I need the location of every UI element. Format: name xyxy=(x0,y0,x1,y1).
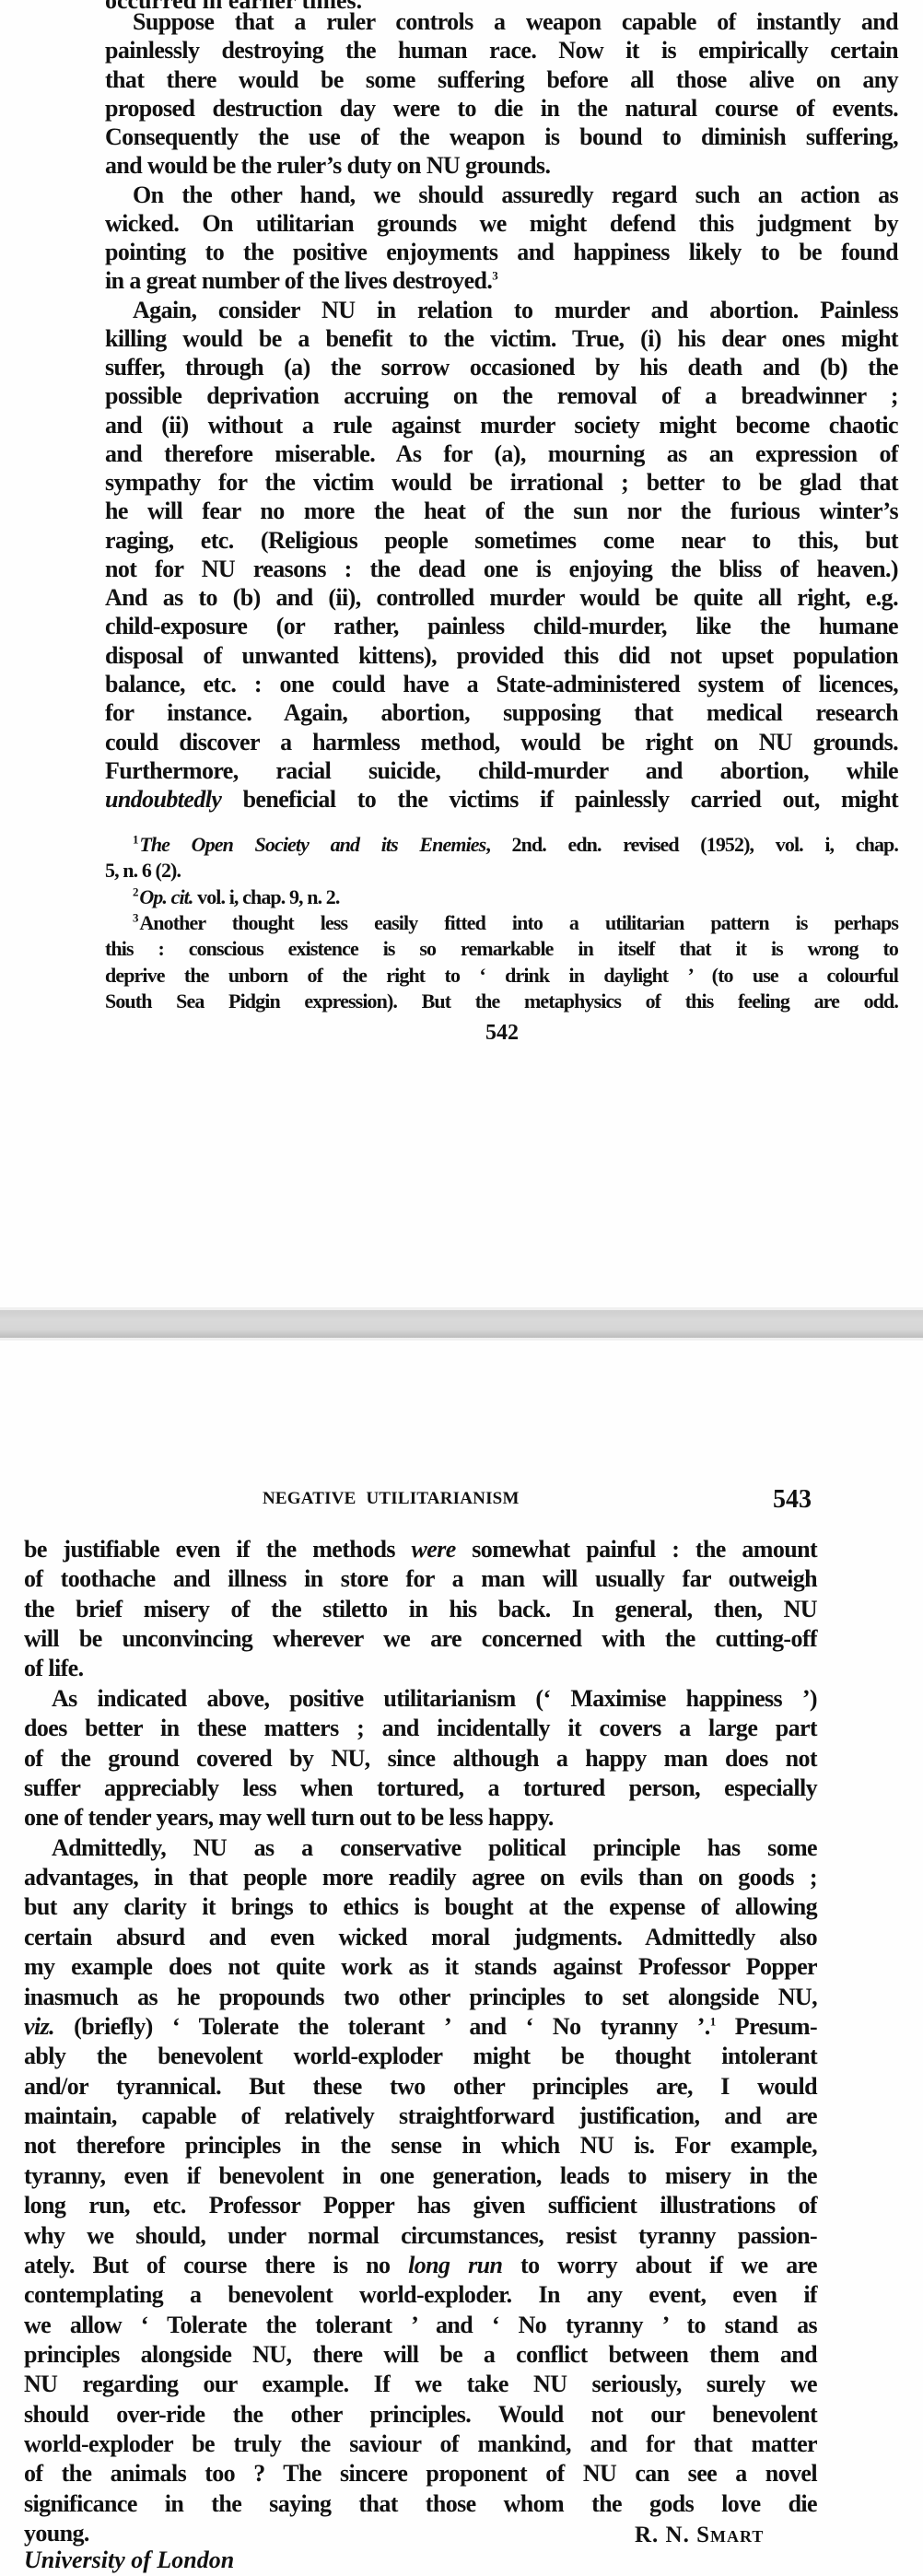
text-line: Suppose that a ruler controls a weapon c… xyxy=(105,7,898,36)
line-text: Again, consider NU in relation to murder… xyxy=(133,297,898,323)
line-text: be justifiable even if the methods xyxy=(24,1536,412,1563)
page-number-542: 542 xyxy=(485,1021,519,1046)
line-text: raging, etc. (Religious people sometimes… xyxy=(105,527,898,554)
line-text: long run, etc. Professor Popper has give… xyxy=(24,2192,817,2219)
line-text: somewhat painful : the amount xyxy=(456,1536,817,1563)
line-text: And as to (b) and (ii), controlled murde… xyxy=(105,584,898,611)
text-line: On the other hand, we should assuredly r… xyxy=(105,181,898,209)
line-text: he will fear no more the heat of the sun… xyxy=(105,498,898,524)
line-text: the brief misery of the stiletto in his … xyxy=(24,1596,817,1622)
line-text: one of tender years, may well turn out t… xyxy=(24,1804,554,1831)
text-line: of the ground covered by NU, since altho… xyxy=(24,1744,817,1774)
text-line: world-exploder be truly the saviour of m… xyxy=(24,2430,817,2459)
text-line: pointing to the positive enjoyments and … xyxy=(105,238,898,266)
line-text: As indicated above, positive utilitarian… xyxy=(52,1685,817,1712)
text-line: NU regarding our example. If we take NU … xyxy=(24,2370,817,2399)
line-text: in a great number of the lives destroyed… xyxy=(105,267,492,294)
text-line: of life. xyxy=(24,1654,817,1683)
line-text: vol. i, chap. 9, n. 2. xyxy=(193,885,340,908)
line-text: On the other hand, we should assuredly r… xyxy=(133,181,898,208)
line-text: Presum- xyxy=(716,2013,817,2040)
text-line: Admittedly, NU as a conservative politic… xyxy=(24,1833,817,1863)
line-text: and would be the ruler’s duty on NU grou… xyxy=(105,152,550,179)
text-line: inasmuch as he propounds two other princ… xyxy=(24,1983,817,2012)
text-line: Furthermore, racial suicide, child-murde… xyxy=(105,756,898,785)
text-line: 1 The Open Society and its Enemies, 2nd.… xyxy=(105,832,898,858)
text-line: proposed destruction day were to die in … xyxy=(105,94,898,123)
text-line: this : conscious existence is so remarka… xyxy=(105,936,898,962)
line-text: young. xyxy=(24,2520,89,2547)
line-text: Admittedly, NU as a conservative politic… xyxy=(52,1834,817,1861)
line-text: of toothache and illness in store for a … xyxy=(24,1565,817,1592)
text-line: contemplating a benevolent world-explode… xyxy=(24,2280,817,2310)
line-text: South Sea Pidgin expression). But the me… xyxy=(105,989,898,1013)
line-text: pointing to the positive enjoyments and … xyxy=(105,239,898,265)
text-line: Again, consider NU in relation to murder… xyxy=(105,296,898,324)
text-line: killing would be a benefit to the victim… xyxy=(105,324,898,353)
text-line: long run, etc. Professor Popper has give… xyxy=(24,2191,817,2220)
author-initials: R. N. xyxy=(635,2523,696,2547)
text-line: South Sea Pidgin expression). But the me… xyxy=(105,989,898,1014)
text-line: could discover a harmless method, would … xyxy=(105,728,898,756)
text-line: and (ii) without a rule against murder s… xyxy=(105,411,898,439)
text-line: suffer, through (a) the sorrow occasione… xyxy=(105,353,898,381)
line-text: sympathy for the victim would be irratio… xyxy=(105,469,898,496)
line-text: Furthermore, racial suicide, child-murde… xyxy=(105,757,898,784)
line-text: , 2nd. edn. revised (1952), vol. i, chap… xyxy=(485,833,898,856)
text-line: balance, etc. : one could have a State-a… xyxy=(105,670,898,698)
line-text: deprive the unborn of the right to ‘ dri… xyxy=(105,964,898,987)
line-text: significance in the saying that those wh… xyxy=(24,2490,817,2517)
text-line: undoubtedly beneficial to the victims if… xyxy=(105,785,898,814)
text-line: sympathy for the victim would be irratio… xyxy=(105,468,898,497)
text-line: of the animals too ? The sincere propone… xyxy=(24,2459,817,2488)
line-text: advantages, in that people more readily … xyxy=(24,1864,817,1891)
text-line: ately. But of course there is no long ru… xyxy=(24,2251,817,2280)
line-text: killing would be a benefit to the victim… xyxy=(105,325,898,352)
line-text: does better in these matters ; and incid… xyxy=(24,1715,817,1741)
text-line: wicked. On utilitarian grounds we might … xyxy=(105,209,898,238)
line-text: tyranny, even if benevolent in one gener… xyxy=(24,2162,817,2189)
line-text: 5, n. 6 (2). xyxy=(105,859,181,882)
text-line: not for NU reasons : the dead one is enj… xyxy=(105,555,898,583)
line-text: of the animals too ? The sincere propone… xyxy=(24,2460,817,2487)
text-line: advantages, in that people more readily … xyxy=(24,1863,817,1892)
text-line: As indicated above, positive utilitarian… xyxy=(24,1684,817,1714)
page-542: occurred in earlier times. Suppose that … xyxy=(0,0,923,1307)
line-text: proposed destruction day were to die in … xyxy=(105,95,898,122)
text-line: my example does not quite work as it sta… xyxy=(24,1952,817,1982)
line-text: Suppose that a ruler controls a weapon c… xyxy=(133,8,898,35)
text-line: and therefore miserable. As for (a), mou… xyxy=(105,439,898,468)
text-line: he will fear no more the heat of the sun… xyxy=(105,497,898,525)
author-surname: Smart xyxy=(696,2523,764,2547)
line-text: Another thought less easily fitted into … xyxy=(139,911,898,934)
footnote-reference: 3 xyxy=(492,269,497,283)
text-line: possible deprivation accruing on the rem… xyxy=(105,381,898,410)
line-text: possible deprivation accruing on the rem… xyxy=(105,382,898,409)
text-line: disposal of unwanted kittens), provided … xyxy=(105,641,898,670)
text-line: that there would be some suffering befor… xyxy=(105,65,898,94)
italic-text: viz. xyxy=(24,2013,54,2040)
text-line: the brief misery of the stiletto in his … xyxy=(24,1595,817,1624)
text-line: be justifiable even if the methods were … xyxy=(24,1535,817,1564)
line-text: principles alongside NU, there will be a… xyxy=(24,2341,817,2368)
line-text: not therefore principles in the sense in… xyxy=(24,2132,817,2159)
line-text: we allow ‘ Tolerate the tolerant ’ and ‘… xyxy=(24,2312,817,2338)
line-text: contemplating a benevolent world-explode… xyxy=(24,2281,817,2308)
line-text: ably the benevolent world-exploder might… xyxy=(24,2043,817,2069)
text-line: 2 Op. cit. vol. i, chap. 9, n. 2. xyxy=(105,884,898,910)
text-line: raging, etc. (Religious people sometimes… xyxy=(105,526,898,555)
line-text: Consequently the use of the weapon is bo… xyxy=(105,123,898,150)
line-text: suffer, through (a) the sorrow occasione… xyxy=(105,354,898,381)
text-line: does better in these matters ; and incid… xyxy=(24,1714,817,1743)
line-text: could discover a harmless method, would … xyxy=(105,729,898,755)
author-signature: R. N. Smart xyxy=(635,2523,764,2548)
line-text: balance, etc. : one could have a State-a… xyxy=(105,671,898,697)
line-text: why we should, under normal circumstance… xyxy=(24,2222,817,2249)
text-line: tyranny, even if benevolent in one gener… xyxy=(24,2161,817,2191)
line-text: child-exposure (or rather, painless chil… xyxy=(105,613,898,639)
page-separator xyxy=(0,1307,923,1341)
running-head: NEGATIVE UTILITARIANISM xyxy=(263,1489,520,1509)
line-text: of the ground covered by NU, since altho… xyxy=(24,1745,817,1772)
text-line: 5, n. 6 (2). xyxy=(105,858,898,884)
text-line: significance in the saying that those wh… xyxy=(24,2489,817,2519)
line-text: (briefly) ‘ Tolerate the tolerant ’ and … xyxy=(54,2013,710,2040)
text-line: we allow ‘ Tolerate the tolerant ’ and ‘… xyxy=(24,2311,817,2340)
text-line: painlessly destroying the human race. No… xyxy=(105,36,898,64)
text-line: for instance. Again, abortion, supposing… xyxy=(105,698,898,727)
text-line: deprive the unborn of the right to ‘ dri… xyxy=(105,963,898,989)
line-text: of life. xyxy=(24,1655,84,1681)
text-line: and would be the ruler’s duty on NU grou… xyxy=(105,151,898,180)
line-text: not for NU reasons : the dead one is enj… xyxy=(105,556,898,582)
text-line: Consequently the use of the weapon is bo… xyxy=(105,123,898,151)
line-text: wicked. On utilitarian grounds we might … xyxy=(105,210,898,237)
text-line: but any clarity it brings to ethics is b… xyxy=(24,1892,817,1922)
line-text: but any clarity it brings to ethics is b… xyxy=(24,1893,817,1920)
text-line: principles alongside NU, there will be a… xyxy=(24,2340,817,2370)
line-text: my example does not quite work as it sta… xyxy=(24,1953,817,1980)
line-text: and/or tyrannical. But these two other p… xyxy=(24,2073,817,2100)
text-line: will be unconvincing wherever we are con… xyxy=(24,1624,817,1654)
line-text: for instance. Again, abortion, supposing… xyxy=(105,699,898,726)
line-text: to worry about if we are xyxy=(502,2252,817,2278)
text-line: 3 Another thought less easily fitted int… xyxy=(105,910,898,936)
line-text: disposal of unwanted kittens), provided … xyxy=(105,642,898,669)
italic-text: were xyxy=(412,1536,456,1563)
text-line: child-exposure (or rather, painless chil… xyxy=(105,612,898,640)
text-line: one of tender years, may well turn out t… xyxy=(24,1803,817,1832)
text-line: and/or tyrannical. But these two other p… xyxy=(24,2072,817,2102)
line-text: world-exploder be truly the saviour of m… xyxy=(24,2430,817,2457)
text-line: not therefore principles in the sense in… xyxy=(24,2131,817,2160)
cited-title: The Open Society and its Enemies xyxy=(139,833,485,856)
text-line: suffer appreciably less when tortured, a… xyxy=(24,1774,817,1803)
line-text: and therefore miserable. As for (a), mou… xyxy=(105,440,898,467)
italic-text: long run xyxy=(408,2252,502,2278)
line-text: suffer appreciably less when tortured, a… xyxy=(24,1774,817,1801)
text-line: maintain, capable of relatively straight… xyxy=(24,2102,817,2131)
line-text: that there would be some suffering befor… xyxy=(105,66,898,93)
italic-text: undoubtedly xyxy=(105,786,221,813)
text-line: certain absurd and even wicked moral jud… xyxy=(24,1923,817,1952)
text-line: viz. (briefly) ‘ Tolerate the tolerant ’… xyxy=(24,2012,817,2042)
line-text: NU regarding our example. If we take NU … xyxy=(24,2371,817,2397)
author-affiliation: University of London xyxy=(24,2547,234,2574)
line-text: this : conscious existence is so remarka… xyxy=(105,937,898,960)
line-text: ately. But of course there is no xyxy=(24,2252,408,2278)
cited-title: Op. cit. xyxy=(139,885,193,908)
line-text: certain absurd and even wicked moral jud… xyxy=(24,1924,817,1950)
line-text: inasmuch as he propounds two other princ… xyxy=(24,1984,817,2010)
text-line: of toothache and illness in store for a … xyxy=(24,1564,817,1594)
line-text: maintain, capable of relatively straight… xyxy=(24,2102,817,2129)
line-text: should over-ride the other principles. W… xyxy=(24,2401,817,2428)
line-text: painlessly destroying the human race. No… xyxy=(105,37,898,64)
line-text: and (ii) without a rule against murder s… xyxy=(105,412,898,439)
text-line: And as to (b) and (ii), controlled murde… xyxy=(105,583,898,612)
text-line: should over-ride the other principles. W… xyxy=(24,2400,817,2430)
page-number-543: 543 xyxy=(773,1485,812,1515)
text-line: ably the benevolent world-exploder might… xyxy=(24,2042,817,2071)
line-text: will be unconvincing wherever we are con… xyxy=(24,1625,817,1652)
text-line: in a great number of the lives destroyed… xyxy=(105,266,898,295)
line-text: beneficial to the victims if painlessly … xyxy=(221,786,898,813)
text-line: why we should, under normal circumstance… xyxy=(24,2221,817,2251)
